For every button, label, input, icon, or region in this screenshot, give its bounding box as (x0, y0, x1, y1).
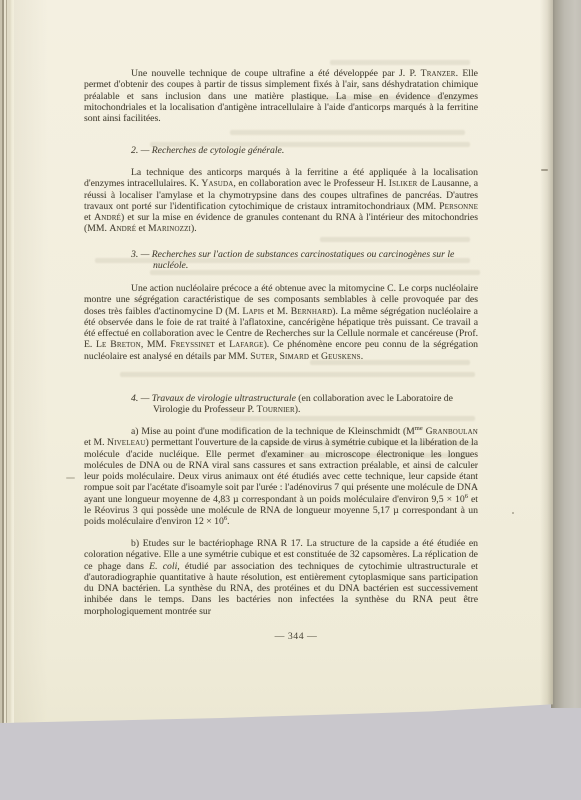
paragraph-ferritine: La technique des anticorps marqués à la … (84, 167, 478, 235)
binding-edge (0, 0, 14, 723)
ghost-text-smudge (230, 416, 475, 421)
ghost-text-smudge (230, 130, 465, 135)
ghost-text-smudge (320, 237, 470, 242)
ghost-text-smudge (330, 60, 470, 65)
page-number: — 344 — (84, 631, 508, 642)
paragraph-kleinschmidt: a) Mise au point d'une modification de l… (84, 426, 478, 528)
book-page: Une nouvelle technique de coupe ultrafin… (0, 0, 553, 723)
scan-speck (541, 169, 548, 171)
page-stack-edge (551, 0, 581, 708)
scanned-document: Une nouvelle technique de coupe ultrafin… (0, 0, 581, 800)
section-heading-virologie: 4. — Travaux de virologie ultrastructura… (84, 393, 547, 416)
paragraph-ultrafine-technique: Une nouvelle technique de coupe ultrafin… (84, 68, 478, 124)
paragraph-bacteriophage: b) Etudes sur le bactériophage RNA R 17.… (84, 538, 478, 617)
page-edge-shadow (540, 0, 553, 723)
scan-speck (66, 477, 75, 479)
section-heading-cytologie: 2. — Recherches de cytologie générale. (84, 145, 547, 156)
paragraph-mitomycine: Une action nucléolaire précoce a été obt… (84, 283, 478, 362)
ghost-text-smudge (120, 372, 475, 377)
section-heading-carcinostatiques: 3. — Recherches sur l'action de substanc… (84, 249, 547, 272)
scan-speck (512, 512, 514, 514)
